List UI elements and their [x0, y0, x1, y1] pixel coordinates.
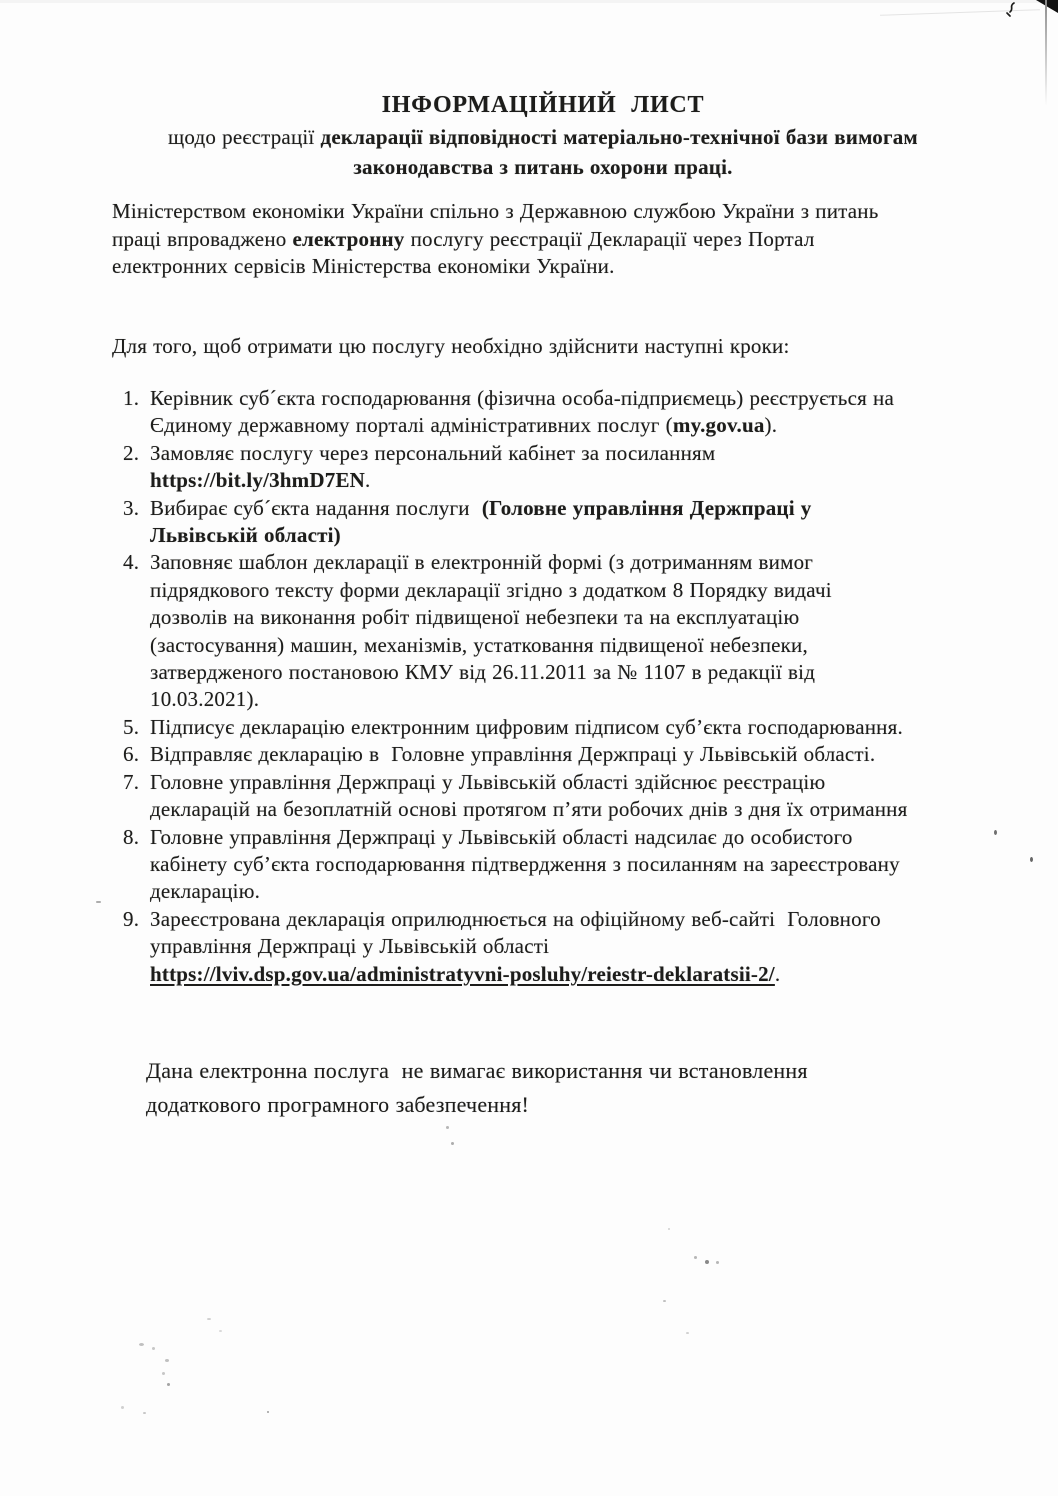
- step-item: 4.Заповняє шаблон декларації в електронн…: [112, 549, 1027, 713]
- scan-speck: [668, 1228, 670, 1230]
- scan-speck: [162, 1372, 165, 1375]
- scan-speck: [705, 1260, 709, 1264]
- step-body: Підписує декларацію електронним цифровим…: [150, 715, 903, 739]
- document-title: ІНФОРМАЦІЙНИЙ ЛИСТ: [112, 90, 974, 120]
- note-paragraph: Дана електронна послуга не вимагає викор…: [146, 1054, 1027, 1122]
- scan-speck: [96, 901, 101, 903]
- step-text: Підписує декларацію електронним цифровим…: [150, 715, 903, 739]
- step-text: Головне управління Держпраці у Львівські…: [150, 825, 900, 904]
- step-number: 5.: [123, 714, 139, 741]
- step-item: 7.Головне управління Держпраці у Львівсь…: [112, 769, 1027, 824]
- scan-speck: [663, 1300, 666, 1302]
- intro-paragraph: Міністерством економіки України спільно …: [112, 198, 1027, 281]
- step-body: Головне управління Держпраці у Львівські…: [150, 770, 907, 821]
- scan-speck: [207, 1318, 211, 1320]
- note-line-1: Дана електронна послуга не вимагає викор…: [146, 1058, 808, 1083]
- step-number: 7.: [123, 769, 139, 796]
- step-text: Заповняє шаблон декларації в електронній…: [150, 550, 832, 711]
- registry-url-text: https://lviv.dsp.gov.ua/administratyvni-…: [150, 962, 775, 986]
- scan-speck: [267, 1411, 269, 1413]
- step-body: Відправляє декларацію в Головне управлін…: [150, 742, 875, 766]
- scan-speck: [1030, 857, 1033, 862]
- scan-speck: [165, 1359, 169, 1362]
- step-text: Зареєстрована декларація оприлюднюється …: [150, 907, 881, 958]
- scan-speck: [694, 1256, 697, 1259]
- subtitle-regular-text: щодо реєстрації: [168, 125, 320, 149]
- order-link-text: https://bit.ly/3hmD7EN: [150, 468, 365, 492]
- scan-speck: [152, 1347, 155, 1350]
- step-number: 4.: [123, 549, 139, 576]
- scan-speck: [167, 1383, 170, 1386]
- step-item: 6.Відправляє декларацію в Головне управл…: [112, 741, 1027, 768]
- step-number: 1.: [123, 385, 139, 412]
- step-text: .: [365, 468, 370, 492]
- step-text: Головне управління Держпраці у Львівські…: [150, 770, 907, 821]
- step-number: 8.: [123, 824, 139, 851]
- subtitle-bold-text-2: законодавства з питань охорони праці.: [353, 155, 732, 179]
- step-item: 5.Підписує декларацію електронним цифров…: [112, 714, 1027, 741]
- step-text: Керівник суб´єкта господарювання (фізичн…: [150, 386, 894, 437]
- scan-speck: [686, 1332, 689, 1334]
- step-item: 2.Замовляє послугу через персональний ка…: [112, 440, 1027, 495]
- step-number: 2.: [123, 440, 139, 467]
- step-text: Замовляє послугу через персональний кабі…: [150, 441, 715, 465]
- scan-speck: [143, 1412, 146, 1414]
- document-subtitle: щодо реєстрації декларації відповідності…: [112, 122, 974, 182]
- scanned-document-page: ІНФОРМАЦІЙНИЙ ЛИСТ щодо реєстрації декла…: [0, 0, 1058, 1496]
- step-number: 6.: [123, 741, 139, 768]
- scan-speck: [446, 1126, 449, 1129]
- scan-speck: [139, 1343, 144, 1346]
- intro-text: електронну: [293, 227, 405, 251]
- steps-list: 1.Керівник суб´єкта господарювання (фізи…: [112, 385, 1027, 988]
- step-text: Відправляє декларацію в Головне управлін…: [150, 742, 875, 766]
- step-body: Зареєстрована декларація оприлюднюється …: [150, 907, 881, 986]
- scan-corner-artifact: [1036, 0, 1058, 13]
- steps-intro: Для того, щоб отримати цю послугу необхі…: [112, 333, 1027, 361]
- step-text: Вибирає суб´єкта надання послуги: [150, 496, 482, 520]
- scan-speck: [716, 1261, 719, 1264]
- step-item: 8.Головне управління Держпраці у Львівсь…: [112, 824, 1027, 906]
- step-item: 9.Зареєстрована декларація оприлюднюєтьс…: [112, 906, 1027, 988]
- scan-speck: [121, 1406, 124, 1409]
- document-content: ІНФОРМАЦІЙНИЙ ЛИСТ щодо реєстрації декла…: [112, 0, 1027, 1122]
- step-item: 1.Керівник суб´єкта господарювання (фізи…: [112, 385, 1027, 440]
- portal-url-text: my.gov.ua: [673, 413, 765, 437]
- scan-speck: [219, 1330, 222, 1332]
- scan-speck: [994, 830, 997, 835]
- step-body: Керівник суб´єкта господарювання (фізичн…: [150, 386, 894, 437]
- step-number: 9.: [123, 906, 139, 933]
- scan-speck: [451, 1142, 454, 1145]
- scan-edge-line: [1045, 0, 1047, 106]
- step-text: .: [775, 962, 780, 986]
- step-item: 3.Вибирає суб´єкта надання послуги (Голо…: [112, 495, 1027, 550]
- step-body: Вибирає суб´єкта надання послуги (Головн…: [150, 496, 811, 547]
- subtitle-bold-text: декларації відповідності матеріально-тех…: [321, 125, 918, 149]
- step-number: 3.: [123, 495, 139, 522]
- note-line-2: додаткового програмного забезпечення!: [146, 1092, 529, 1117]
- step-text: ).: [765, 413, 778, 437]
- step-body: Головне управління Держпраці у Львівські…: [150, 825, 900, 904]
- step-body: Заповняє шаблон декларації в електронній…: [150, 550, 832, 711]
- step-body: Замовляє послугу через персональний кабі…: [150, 441, 715, 492]
